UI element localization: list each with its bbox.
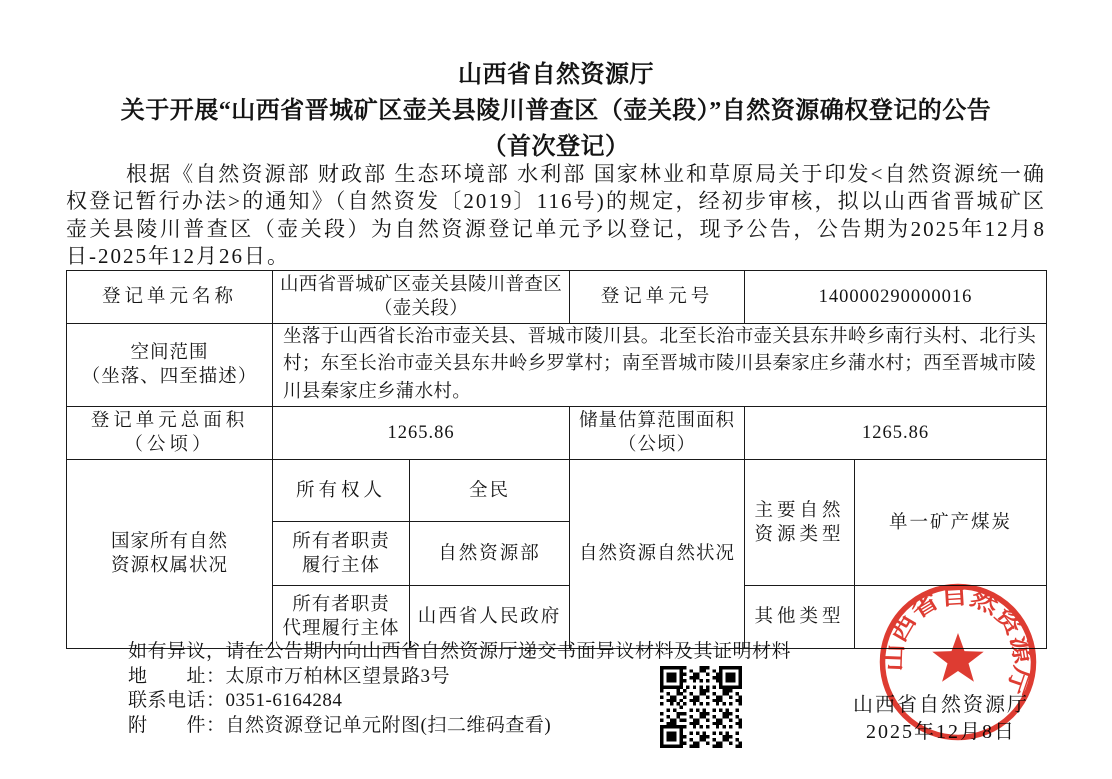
main-type-value: 单一矿产煤炭: [855, 460, 1047, 586]
duty-performer-value: 自然资源部: [410, 522, 570, 586]
ownership-status-label: 国家所有自然 资源权属状况: [67, 460, 273, 649]
qr-code-icon: [660, 666, 742, 748]
table-row: 国家所有自然 资源权属状况 所有权人 全民 自然资源自然状况 主要自然 资源类型…: [67, 460, 1047, 522]
unit-name-label: 登记单元名称: [67, 271, 273, 324]
registration-table: 登记单元名称 山西省晋城矿区壶关县陵川普查区 （壶关段） 登记单元号 14000…: [66, 270, 1047, 649]
total-area-label: 登记单元总面积 （公顷）: [67, 407, 273, 460]
doc-subtitle: 关于开展“山西省晋城矿区壶关县陵川普查区（壶关段）”自然资源确权登记的公告: [0, 90, 1112, 125]
table-row: 空间范围 （坐落、四至描述） 坐落于山西省长治市壶关县、晋城市陵川县。北至长治市…: [67, 324, 1047, 407]
reserve-area-value: 1265.86: [745, 407, 1047, 460]
unit-name-value: 山西省晋城矿区壶关县陵川普查区 （壶关段）: [273, 271, 570, 324]
objection-note: 如有异议，请在公告期内向山西省自然资源厅递交书面异议材料及其证明材料: [128, 640, 791, 665]
issue-date: 2025年12月8日: [836, 719, 1046, 746]
duty-performer-label: 所有者职责 履行主体: [273, 522, 410, 586]
owner-label: 所有权人: [273, 460, 410, 522]
scope-value: 坐落于山西省长治市壶关县、晋城市陵川县。北至长治市壶关县东井岭乡南行头村、北行头…: [273, 324, 1047, 407]
owner-value: 全民: [410, 460, 570, 522]
unit-no-value: 140000290000016: [745, 271, 1047, 324]
table-row: 登记单元名称 山西省晋城矿区壶关县陵川普查区 （壶关段） 登记单元号 14000…: [67, 271, 1047, 324]
scope-label: 空间范围 （坐落、四至描述）: [67, 324, 273, 407]
main-type-label: 主要自然 资源类型: [745, 460, 855, 586]
reserve-area-label: 储量估算范围面积 （公顷）: [570, 407, 745, 460]
doc-title: 山西省自然资源厅: [0, 54, 1112, 89]
issuing-agency: 山西省自然资源厅: [836, 692, 1046, 719]
total-area-value: 1265.86: [273, 407, 570, 460]
table-row: 登记单元总面积 （公顷） 1265.86 储量估算范围面积 （公顷） 1265.…: [67, 407, 1047, 460]
intro-paragraph: 根据《自然资源部 财政部 生态环境部 水利部 国家林业和草原局关于印发<自然资源…: [66, 161, 1046, 271]
doc-registration-type: （首次登记）: [0, 126, 1112, 161]
signature-block: 山西省自然资源厅 2025年12月8日: [836, 692, 1046, 746]
natural-status-label: 自然资源自然状况: [570, 460, 745, 649]
unit-no-label: 登记单元号: [570, 271, 745, 324]
other-type-value: [855, 586, 1047, 649]
announcement-document: 山西省自然资源厅 关于开展“山西省晋城矿区壶关县陵川普查区（壶关段）”自然资源确…: [0, 0, 1112, 779]
